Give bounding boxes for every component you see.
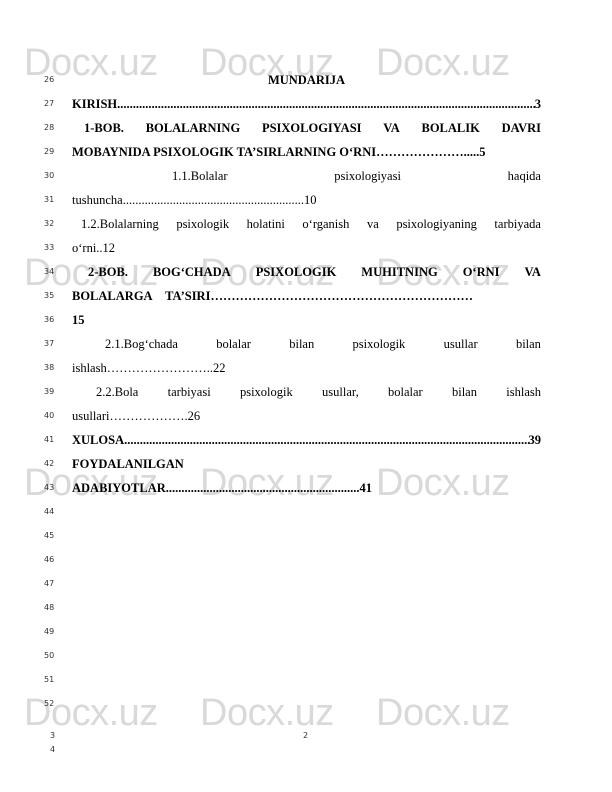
toc-page: 22 <box>213 361 226 375</box>
page-number: 2 <box>303 731 308 740</box>
toc-page: 41 <box>360 481 373 495</box>
line-number: 30 <box>44 171 68 180</box>
toc-entry-section-2-1[interactable]: 2.1.Bog‘chadabolalarbilanpsixologikusull… <box>72 336 541 352</box>
line-number: 26 <box>44 75 68 84</box>
toc-word: 2.1.Bog‘chada <box>105 336 178 352</box>
toc-word: o‘rganish <box>302 216 349 232</box>
toc-word: bolalar <box>216 336 251 352</box>
toc-page: 10 <box>304 193 317 207</box>
toc-word: va <box>367 216 379 232</box>
line-number: 43 <box>44 483 68 492</box>
toc-word: psixologik <box>240 384 293 400</box>
toc-label: MOBAYNIDA PSIXOLOGIK TA’SIRLARNING O‘RNI <box>72 145 376 159</box>
toc-word: 1.2.Bolalarning <box>81 216 159 232</box>
toc-entry-chapter-2-cont[interactable]: BOLALARGA TA’SIRI……………………………………………………… <box>72 288 541 304</box>
line-number: 47 <box>44 579 68 588</box>
toc-word: VA <box>383 120 399 136</box>
toc-word: haqida <box>508 168 541 184</box>
toc-entry-section-1-1[interactable]: 1.1.Bolalarpsixologiyasihaqida <box>72 168 541 184</box>
toc-word: ishlash <box>506 384 541 400</box>
toc-entry-section-2-2-cont[interactable]: usullari……………….26 <box>72 408 541 424</box>
toc-word: BOLALIK <box>422 120 480 136</box>
watermark: Docx.uz <box>376 694 510 732</box>
toc-page: .5 <box>476 145 485 159</box>
line-number: 48 <box>44 603 68 612</box>
watermark: Docx.uz <box>200 694 334 732</box>
line-number: 39 <box>44 387 68 396</box>
toc-entry-section-1-2[interactable]: 1.2.Bolalarningpsixologikholatinio‘rgani… <box>72 216 541 232</box>
toc-page: 26 <box>188 409 201 423</box>
toc-word: 2-BOB. <box>88 264 128 280</box>
line-number: 44 <box>44 507 68 516</box>
toc-word: VA <box>525 264 541 280</box>
dot-leader <box>124 432 528 448</box>
toc-page: 3 <box>535 96 541 112</box>
toc-word: tarbiyada <box>494 216 541 232</box>
line-number: 38 <box>44 363 68 372</box>
toc-word: bilan <box>516 336 541 352</box>
toc-page: 39 <box>529 432 542 448</box>
toc-entry-chapter-1-cont[interactable]: MOBAYNIDA PSIXOLOGIK TA’SIRLARNING O‘RNI… <box>72 144 541 160</box>
toc-label: o‘rni..12 <box>72 241 115 255</box>
toc-word: BOG‘CHADA <box>153 264 231 280</box>
line-number: 35 <box>44 291 68 300</box>
toc-word: PSIXOLOGIK <box>256 264 337 280</box>
toc-word: 2.2.Bola <box>96 384 138 400</box>
line-number: 34 <box>44 267 68 276</box>
toc-word: 1.1.Bolalar <box>172 168 228 184</box>
toc-label: usullari <box>72 409 110 423</box>
page-title: MUNDARIJA <box>72 72 541 88</box>
footer-line-number-top: 3 <box>50 731 55 740</box>
toc-word: psixologiyaning <box>396 216 477 232</box>
toc-entry-section-1-2-cont[interactable]: o‘rni..12 <box>72 240 541 256</box>
toc-entry-xulosa[interactable]: XULOSA 39 <box>72 432 541 448</box>
line-number: 33 <box>44 243 68 252</box>
line-number: 40 <box>44 411 68 420</box>
line-number: 50 <box>44 651 68 660</box>
toc-word: DAVRI <box>502 120 541 136</box>
toc-label: ishlash <box>72 361 107 375</box>
toc-word: MUHITNING <box>361 264 437 280</box>
toc-entry-section-2-2[interactable]: 2.2.Bolatarbiyasipsixologikusullar,bolal… <box>72 384 541 400</box>
line-number: 27 <box>44 99 68 108</box>
toc-label: FOYDALANILGAN <box>72 457 184 471</box>
toc-entry-section-2-1-cont[interactable]: ishlash……………………..22 <box>72 360 541 376</box>
footer-line-number-bottom: 4 <box>50 745 55 754</box>
dot-leader: ………………….... <box>376 145 476 159</box>
line-number: 28 <box>44 123 68 132</box>
line-number: 37 <box>44 339 68 348</box>
toc-word: tarbiyasi <box>168 384 211 400</box>
toc-label: tushuncha <box>72 193 123 207</box>
toc-word: O‘RNI <box>463 264 500 280</box>
toc-word: 1-BOB. <box>84 120 124 136</box>
toc-entry-section-1-1-cont[interactable]: tushuncha...............................… <box>72 192 541 208</box>
line-number: 29 <box>44 147 68 156</box>
line-number: 49 <box>44 627 68 636</box>
toc-page: 15 <box>72 313 85 327</box>
toc-word: psixologik <box>176 216 229 232</box>
toc-word: bolalar <box>388 384 423 400</box>
dot-leader: ………………. <box>110 409 188 423</box>
toc-label: BOLALARGA TA’SIRI <box>72 289 210 303</box>
line-number: 42 <box>44 459 68 468</box>
toc-word: psixologik <box>353 336 406 352</box>
toc-label: ADABIYOTLAR <box>72 481 166 495</box>
line-number: 46 <box>44 555 68 564</box>
toc-label: XULOSA <box>72 432 124 448</box>
toc-entry-chapter-2-page[interactable]: 15 <box>72 312 541 328</box>
toc-entry-references[interactable]: FOYDALANILGAN <box>72 456 541 472</box>
toc-word: BOLALARNING <box>146 120 240 136</box>
line-number: 45 <box>44 531 68 540</box>
toc-word: holatini <box>247 216 285 232</box>
line-number: 31 <box>44 195 68 204</box>
line-number: 32 <box>44 219 68 228</box>
dot-leader <box>117 96 535 112</box>
toc-word: usullar, <box>322 384 359 400</box>
dot-leader: …………………….. <box>107 361 213 375</box>
toc-label: KIRISH <box>72 96 117 112</box>
line-number: 52 <box>44 699 68 708</box>
toc-entry-chapter-2[interactable]: 2-BOB.BOG‘CHADAPSIXOLOGIKMUHITNINGO‘RNIV… <box>72 264 541 280</box>
dot-leader: ……………………………………………………… <box>210 289 473 303</box>
line-number: 36 <box>44 315 68 324</box>
dot-leader: ........................................… <box>166 481 360 495</box>
toc-word: psixologiyasi <box>334 168 401 184</box>
toc-word: bilan <box>289 336 314 352</box>
dot-leader: ........................................… <box>123 193 304 207</box>
line-number: 51 <box>44 675 68 684</box>
line-number: 41 <box>44 435 68 444</box>
toc-entry-kirish[interactable]: KIRISH 3 <box>72 96 541 112</box>
toc-entry-references-cont[interactable]: ADABIYOTLAR.............................… <box>72 480 541 496</box>
toc-word: PSIXOLOGIYASI <box>262 120 362 136</box>
toc-entry-chapter-1[interactable]: 1-BOB.BOLALARNINGPSIXOLOGIYASIVABOLALIKD… <box>72 120 541 136</box>
toc-word: bilan <box>452 384 477 400</box>
toc-word: usullar <box>444 336 478 352</box>
